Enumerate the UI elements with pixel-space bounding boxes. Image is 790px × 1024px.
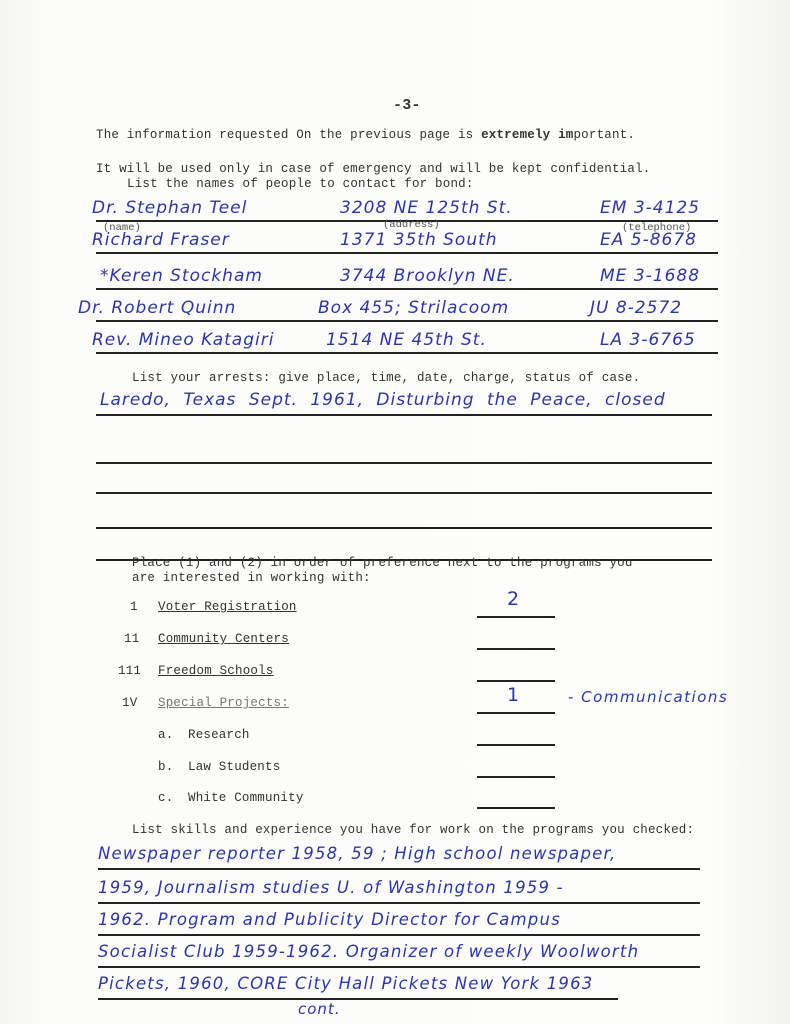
page-number: -3- xyxy=(393,97,421,114)
arrest-line xyxy=(96,492,712,494)
skills-line[interactable]: 1962. Program and Publicity Director for… xyxy=(98,910,561,929)
intro-line-1: The information requested On the previou… xyxy=(96,128,635,142)
row-underline xyxy=(96,252,718,254)
skills-underline xyxy=(98,998,618,1000)
contact-address[interactable]: Box 455; Strilacoom xyxy=(318,298,509,318)
contact-address[interactable]: 3208 NE 125th St. xyxy=(340,198,513,218)
contact-address[interactable]: 1514 NE 45th St. xyxy=(326,330,487,350)
intro-line-1-b: extremely im xyxy=(481,128,573,142)
skills-underline xyxy=(98,966,700,968)
preference-value[interactable]: 1 xyxy=(507,684,520,706)
arrest-line xyxy=(96,527,712,529)
program-numeral: 1 xyxy=(130,600,138,614)
contact-telephone[interactable]: EM 3-4125 xyxy=(600,198,700,218)
skills-underline xyxy=(98,934,700,936)
programs-prompt-1: Place (1) and (2) in order of preference… xyxy=(132,556,633,570)
preference-blank[interactable] xyxy=(477,744,555,746)
programs-prompt-2: are interested in working with: xyxy=(132,571,371,585)
program-numeral: 1V xyxy=(122,696,137,710)
contact-telephone[interactable]: JU 8-2572 xyxy=(590,298,682,318)
program-numeral: b. xyxy=(158,760,173,774)
skills-underline xyxy=(98,902,700,904)
column-label-name: (name) xyxy=(103,222,141,234)
contact-address[interactable]: 3744 Brooklyn NE. xyxy=(340,266,515,286)
intro-line-2: It will be used only in case of emergenc… xyxy=(96,162,651,176)
contact-name[interactable]: Rev. Mineo Katagiri xyxy=(92,330,274,350)
document-page: -3- The information requested On the pre… xyxy=(0,0,790,1024)
contact-address[interactable]: 1371 35th South xyxy=(340,230,498,250)
preference-blank[interactable] xyxy=(477,712,555,714)
program-label: Law Students xyxy=(188,760,280,774)
preference-blank[interactable] xyxy=(477,648,555,650)
preference-value[interactable]: 2 xyxy=(507,588,520,610)
contact-name[interactable]: Dr. Robert Quinn xyxy=(78,298,236,318)
row-underline xyxy=(96,352,718,354)
skills-line[interactable]: 1959, Journalism studies U. of Washingto… xyxy=(98,878,564,897)
row-underline xyxy=(96,288,718,290)
program-label: Freedom Schools xyxy=(158,664,274,678)
preference-blank[interactable] xyxy=(477,776,555,778)
program-label: Special Projects: xyxy=(158,696,289,710)
program-label: Research xyxy=(188,728,250,742)
arrest-line xyxy=(96,414,712,416)
intro-line-1-a: The information requested On the previou… xyxy=(96,128,481,142)
contact-telephone[interactable]: ME 3-1688 xyxy=(600,266,700,286)
skills-continued: cont. xyxy=(298,1000,341,1018)
program-numeral: a. xyxy=(158,728,173,742)
contact-name[interactable]: *Keren Stockham xyxy=(100,266,263,286)
program-numeral: c. xyxy=(158,791,173,805)
arrest-entry[interactable]: Laredo, Texas Sept. 1961, Disturbing the… xyxy=(100,390,666,410)
skills-line[interactable]: Pickets, 1960, CORE City Hall Pickets Ne… xyxy=(98,974,594,993)
arrests-prompt: List your arrests: give place, time, dat… xyxy=(132,371,640,385)
skills-prompt: List skills and experience you have for … xyxy=(132,823,694,837)
contact-telephone[interactable]: LA 3-6765 xyxy=(600,330,696,350)
arrest-line xyxy=(96,462,712,464)
program-label: Voter Registration xyxy=(158,600,297,614)
preference-blank[interactable] xyxy=(477,807,555,809)
column-label-telephone: (telephone) xyxy=(622,222,691,234)
contact-name[interactable]: Dr. Stephan Teel xyxy=(92,198,247,218)
program-label: White Community xyxy=(188,791,304,805)
program-numeral: 111 xyxy=(118,664,141,678)
skills-underline xyxy=(98,868,700,870)
skills-line[interactable]: Newspaper reporter 1958, 59 ; High schoo… xyxy=(98,844,616,863)
column-label-address: (address) xyxy=(383,219,440,231)
preference-note[interactable]: - Communications xyxy=(568,688,728,706)
intro-line-1-c: portant. xyxy=(573,128,635,142)
bond-prompt: List the names of people to contact for … xyxy=(127,177,474,191)
preference-blank[interactable] xyxy=(477,616,555,618)
skills-line[interactable]: Socialist Club 1959-1962. Organizer of w… xyxy=(98,942,639,961)
preference-blank[interactable] xyxy=(477,680,555,682)
row-underline xyxy=(96,320,718,322)
program-numeral: 11 xyxy=(124,632,139,646)
program-label: Community Centers xyxy=(158,632,289,646)
